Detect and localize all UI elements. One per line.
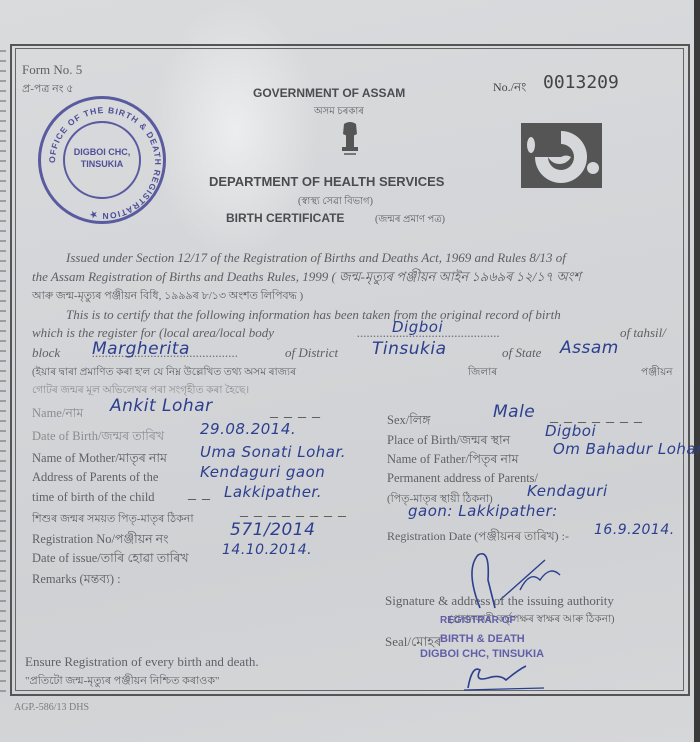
registration-no-label: Registration No/পঞ্জীয়ন নং [32, 531, 169, 551]
state-value: Assam [560, 338, 619, 358]
preamble-line7: (ইয়াৰ দ্বাৰা প্ৰমাণিত কৰা হ'ল যে নিম্ন … [32, 365, 296, 382]
department-title-bn: (স্বাস্থ্য সেৱা বিভাগ) [298, 194, 373, 211]
preamble-line2: the Assam Registration of Births and Dea… [32, 268, 581, 289]
signature-label: Signature & address of the issuing autho… [385, 593, 614, 609]
address-label-1: Address of Parents of the [32, 470, 158, 485]
footer-slogan: Ensure Registration of every birth and d… [25, 654, 259, 670]
registration-no-value: 571/2014 [230, 520, 315, 540]
certificate-paper: Form No. 5 প্ৰ-পত্ৰ নং ৫ OFFICE OF THE B… [0, 0, 694, 742]
serial-label: No./নং [493, 79, 526, 99]
seal-stamp-line2: DIGBOI CHC, TINSUKIA [420, 648, 544, 660]
stamp-inner-ring: DIGBOI CHC, TINSUKIA [63, 121, 141, 199]
dob-label: Date of Birth/জন্মৰ তাৰিখ [32, 428, 164, 448]
sex-value: Male [493, 402, 535, 422]
address-label-2: time of birth of the child [32, 490, 155, 505]
dash-leader: _ _ _ _ _ _ _ _ [240, 502, 347, 520]
health-logo-icon [521, 123, 602, 188]
preamble-line4: This is to certify that the following in… [66, 307, 561, 323]
father-value: Om Bahadur Lohar. [553, 440, 700, 458]
serial-number: 0013209 [543, 72, 619, 93]
certificate-title-bn: (জন্মৰ প্ৰমাণ পত্ৰ) [375, 212, 445, 229]
district-label: of District [285, 345, 338, 361]
address-value-2: Lakkipather. [224, 483, 322, 501]
preamble-line7-district: জিলাৰ [468, 365, 497, 382]
block-label: block [32, 345, 60, 361]
name-value: Ankit Lohar [110, 396, 213, 416]
block-value: Margherita [92, 339, 190, 359]
form-number: Form No. 5 [22, 62, 82, 78]
address-label-bn: শিশুৰ জন্মৰ সময়ত পিতৃ-মাতৃৰ ঠিকনা [32, 510, 194, 529]
district-value: Tinsukia [372, 339, 447, 359]
father-label: Name of Father/পিতৃৰ নাম [387, 451, 519, 471]
remarks-label: Remarks (মন্তব্য) : [32, 571, 121, 591]
dob-value: 29.08.2014. [200, 420, 296, 438]
preamble-line1: Issued under Section 12/17 of the Regist… [66, 250, 566, 266]
preamble-line5-suffix: of tahsil/ [620, 325, 666, 341]
print-code: AGP.-586/13 DHS [14, 702, 89, 713]
local-body-value: Digboi [392, 318, 443, 336]
certificate-title: BIRTH CERTIFICATE [226, 211, 344, 225]
dash-leader: _ _ _ _ [270, 403, 321, 421]
name-label: Name/নাম [32, 405, 83, 425]
footer-slogan-bn: "প্ৰতিটো জন্ম-মৃত্যুৰ পঞ্জীয়ন নিশ্চিত ক… [25, 672, 220, 691]
place-of-birth-value: Digboi [545, 422, 596, 440]
stamp-center-line1: DIGBOI CHC, [65, 147, 139, 157]
seal-stamp-line1: BIRTH & DEATH [440, 633, 525, 645]
perforation-edge [0, 50, 6, 700]
mother-label: Name of Mother/মাতৃৰ নাম [32, 450, 167, 470]
place-of-birth-label: Place of Birth/জন্মৰ স্থান [387, 432, 510, 452]
health-services-logo [521, 123, 602, 188]
date-of-issue-value: 14.10.2014. [222, 542, 312, 558]
office-stamp: OFFICE OF THE BIRTH & DEATH REGISTRATION… [38, 96, 166, 224]
preamble-line7-registration: পঞ্জীয়ন [641, 365, 673, 382]
national-emblem-icon [338, 120, 362, 158]
state-label: of State [502, 345, 541, 361]
permanent-address-value-1: Kendaguri [527, 482, 608, 500]
mother-value: Uma Sonati Lohar. [200, 443, 346, 461]
registration-date-label: Registration Date (পঞ্জীয়নৰ তাৰিখ) :- [387, 528, 569, 548]
preamble-line3: আৰু জন্ম-মৃত্যুৰ পঞ্জীয়ন বিধি, ১৯৯৯ৰ ৮/… [32, 287, 303, 306]
department-title: DEPARTMENT OF HEALTH SERVICES [209, 174, 444, 189]
sex-label: Sex/লিঙ্গ [387, 412, 430, 432]
government-title: GOVERNMENT OF ASSAM [253, 86, 405, 100]
government-title-bn: অসম চৰকাৰ [314, 104, 364, 121]
dash-leader: _ _ [188, 485, 211, 503]
permanent-address-label: Permanent address of Parents/ [387, 471, 538, 486]
form-number-bn: প্ৰ-পত্ৰ নং ৫ [22, 80, 73, 99]
registrar-signature-icon [460, 660, 550, 692]
registration-date-value: 16.9.2014. [594, 522, 675, 538]
stamp-center-line2: TINSUKIA [65, 159, 139, 169]
permanent-address-value-2: gaon: Lakkipather: [408, 502, 558, 520]
date-of-issue-label: Date of issue/তাৰি হোৱা তাৰিখ [32, 550, 189, 570]
address-value-1: Kendaguri gaon [200, 463, 325, 481]
seal-stamp-line0: REGISTRAR OF [440, 615, 516, 626]
